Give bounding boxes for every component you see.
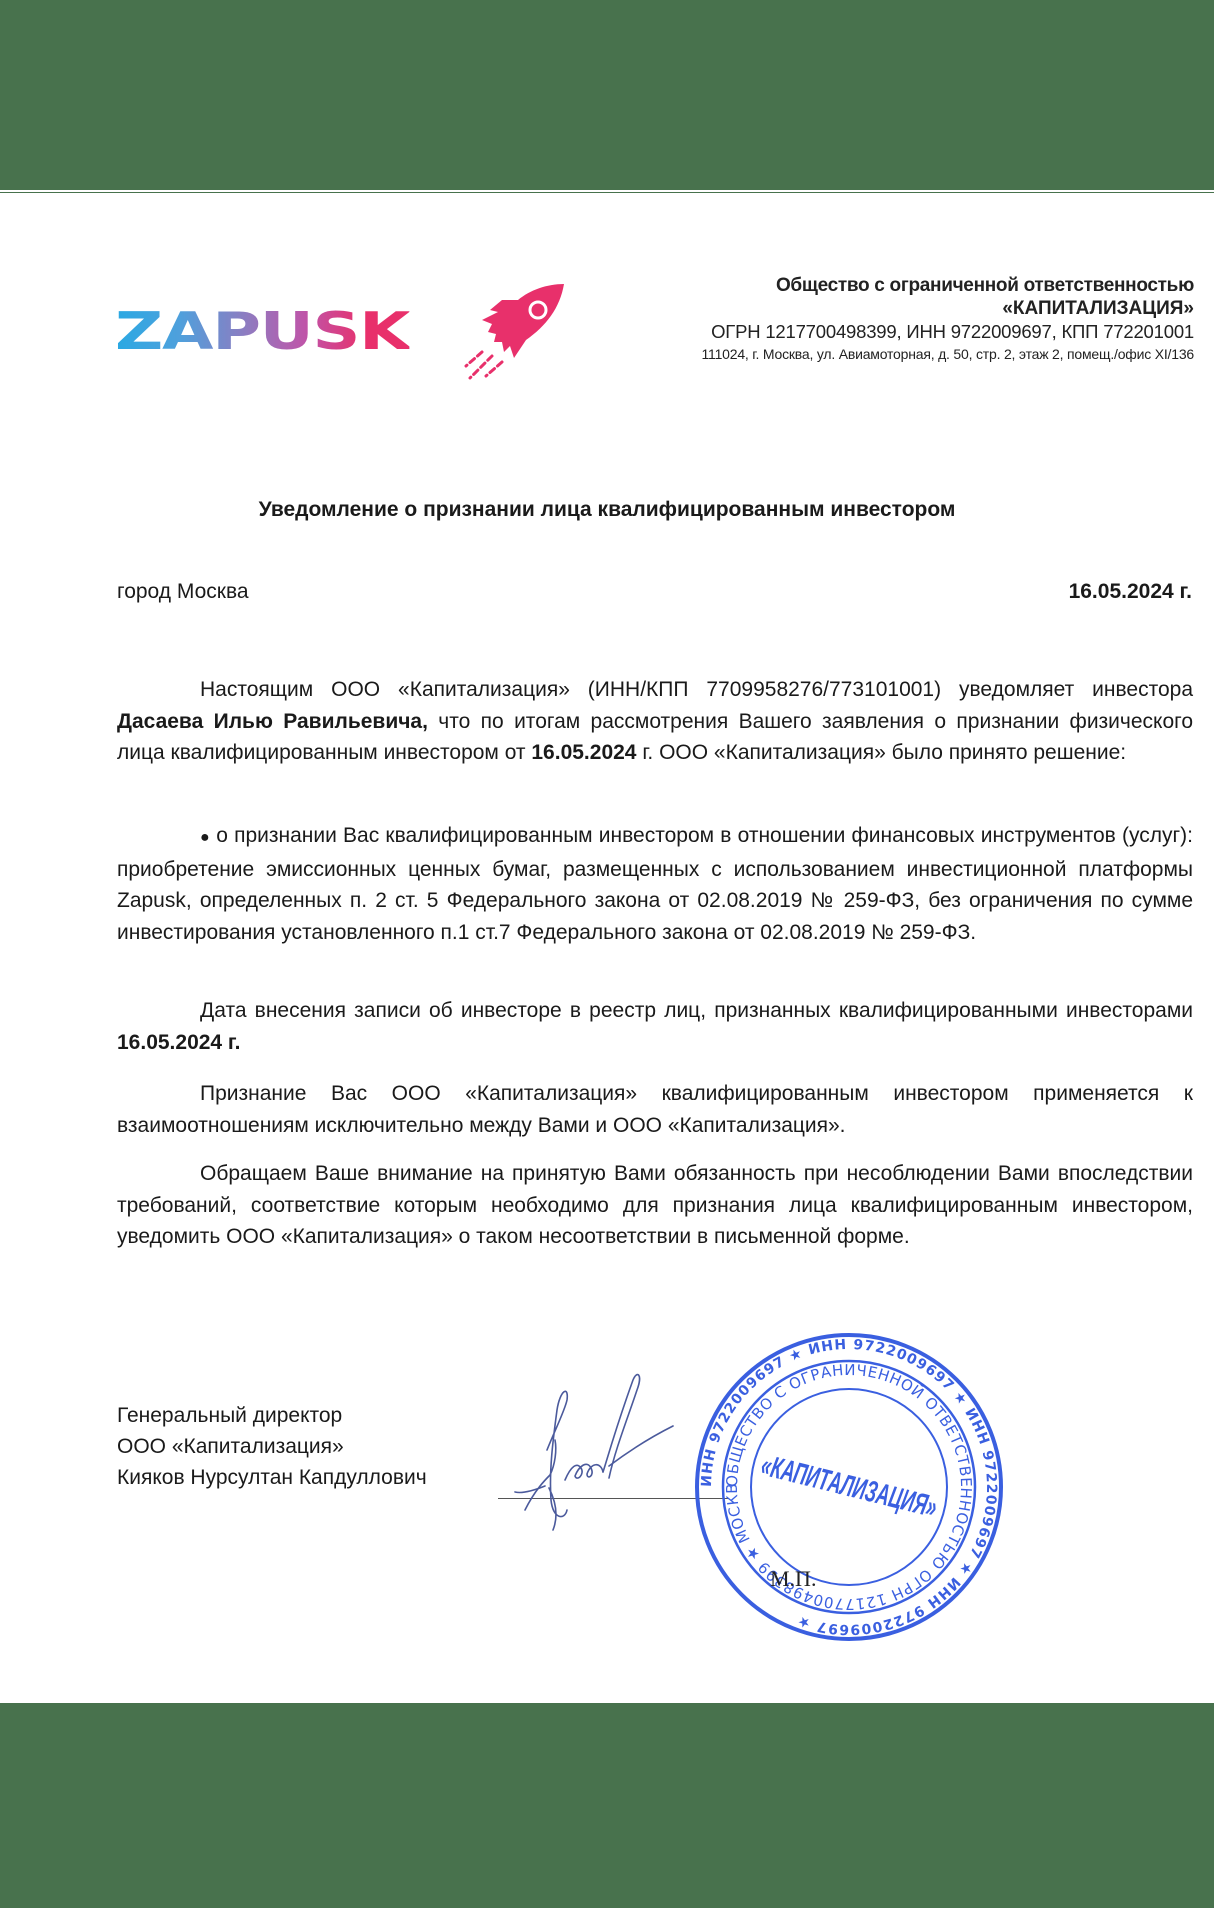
document-title: Уведомление о признании лица квалифициро… — [0, 498, 1214, 522]
document-city: город Москва — [117, 580, 249, 604]
rocket-icon — [452, 280, 567, 390]
bullet-icon: ● — [200, 829, 210, 846]
company-legal-form: Общество с ограниченной ответственностью — [701, 274, 1194, 297]
company-name: «КАПИТАЛИЗАЦИЯ» — [701, 297, 1194, 320]
top-band — [0, 0, 1214, 190]
bullet-text: о признании Вас квалифицированным инвест… — [117, 824, 1193, 944]
p1-text-a: Настоящим ООО «Капитализация» (ИНН/КПП 7… — [200, 678, 1193, 701]
signatory-name: Кияков Нурсултан Капдуллович — [117, 1462, 427, 1493]
logo-wordmark: ZAPUSK — [115, 306, 409, 358]
company-seal-icon: ИНН 9722009697 ★ ИНН 9722009697 ★ ИНН 97… — [692, 1330, 1006, 1644]
investor-name: Дасаева Илью Равильевича, — [117, 710, 428, 733]
signatory-position: Генеральный директор — [117, 1400, 427, 1431]
p3-text: Дата внесения записи об инвесторе в реес… — [200, 999, 1193, 1022]
registry-date: 16.05.2024 г. — [117, 1031, 240, 1054]
p5-text: Обращаем Ваше внимание на принятую Вами … — [117, 1158, 1193, 1253]
paragraph-registry-date: Дата внесения записи об инвесторе в реес… — [117, 995, 1193, 1058]
paragraph-decision-bullet: ● о признании Вас квалифицированным инве… — [117, 820, 1193, 948]
paragraph-scope: Признание Вас ООО «Капитализация» квалиф… — [117, 1078, 1193, 1141]
signature-icon — [505, 1370, 675, 1535]
seal-place-mark: М.П. — [770, 1566, 816, 1592]
company-registration-numbers: ОГРН 1217700498399, ИНН 9722009697, КПП … — [701, 320, 1194, 343]
signatory-block: Генеральный директор ООО «Капитализация»… — [117, 1400, 427, 1493]
stamp-center-text: «КАПИТАЛИЗАЦИЯ» — [758, 1449, 941, 1525]
company-address: 111024, г. Москва, ул. Авиамоторная, д. … — [701, 343, 1194, 365]
top-band-divider — [0, 192, 1214, 193]
p1-text-c: г. ООО «Капитализация» было принято реше… — [636, 741, 1126, 764]
zapusk-logo: ZAPUSK — [112, 280, 562, 390]
application-date: 16.05.2024 — [531, 741, 636, 764]
document-date: 16.05.2024 г. — [1069, 580, 1192, 604]
p4-text: Признание Вас ООО «Капитализация» квалиф… — [117, 1078, 1193, 1141]
paragraph-notification: Настоящим ООО «Капитализация» (ИНН/КПП 7… — [117, 674, 1193, 769]
signatory-company: ООО «Капитализация» — [117, 1431, 427, 1462]
paragraph-obligation: Обращаем Ваше внимание на принятую Вами … — [117, 1158, 1193, 1253]
company-requisites: Общество с ограниченной ответственностью… — [701, 274, 1194, 365]
bottom-band — [0, 1703, 1214, 1908]
